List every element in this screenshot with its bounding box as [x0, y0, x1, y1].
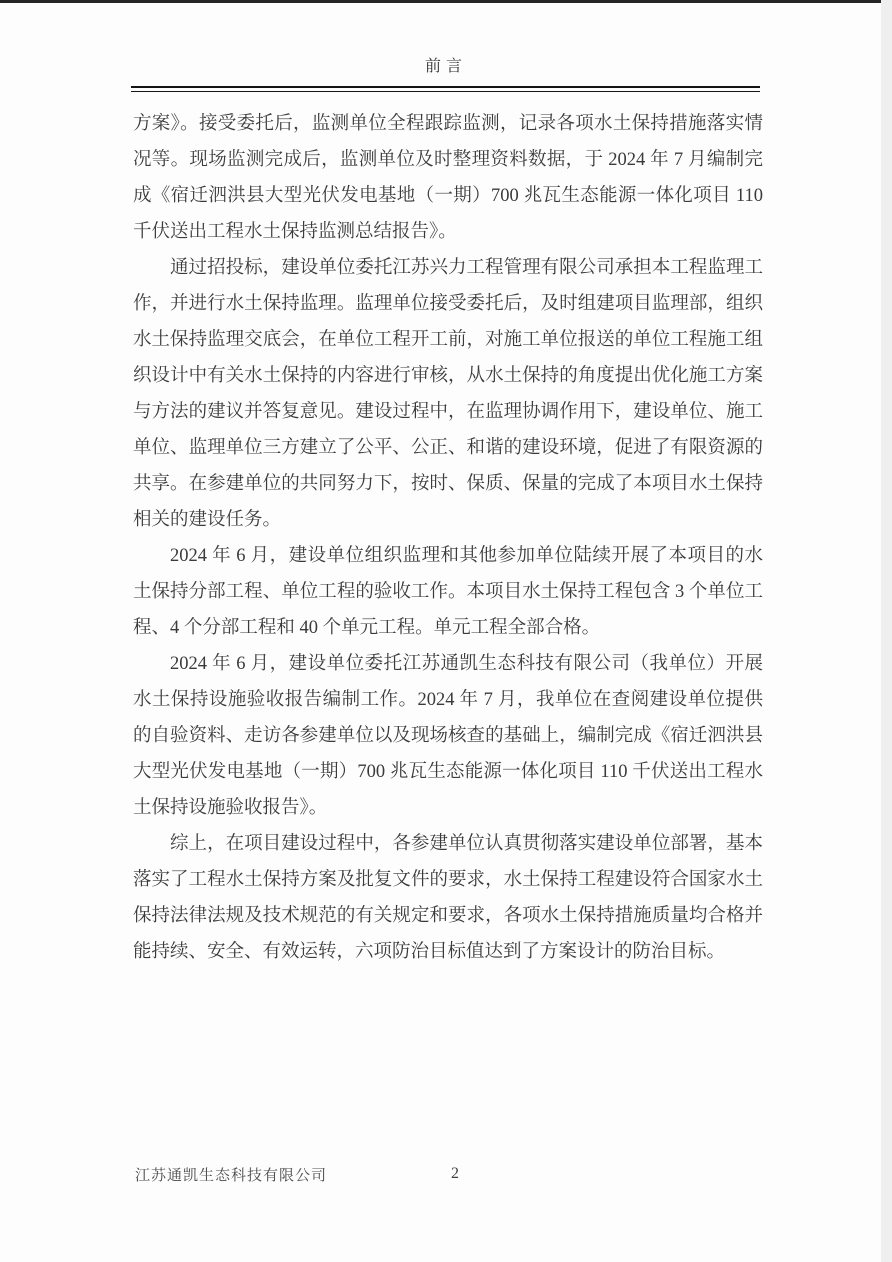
- body-paragraph: 方案》。接受委托后，监测单位全程跟踪监测，记录各项水土保持措施落实情况等。现场监…: [133, 106, 763, 250]
- body-paragraph: 2024 年 6 月，建设单位委托江苏通凯生态科技有限公司（我单位）开展水土保持…: [133, 646, 763, 826]
- body-text: 方案》。接受委托后，监测单位全程跟踪监测，记录各项水土保持措施落实情况等。现场监…: [133, 106, 763, 970]
- page-header-title: 前言: [0, 56, 892, 78]
- footer-company-name: 江苏通凯生态科技有限公司: [135, 1166, 327, 1186]
- body-paragraph: 通过招投标，建设单位委托江苏兴力工程管理有限公司承担本工程监理工作，并进行水土保…: [133, 250, 763, 538]
- header-double-rule: [131, 86, 760, 92]
- body-paragraph: 综上，在项目建设过程中，各参建单位认真贯彻落实建设单位部署，基本落实了工程水土保…: [133, 826, 763, 970]
- footer-page-number: 2: [430, 1163, 480, 1185]
- document-page: 前言 方案》。接受委托后，监测单位全程跟踪监测，记录各项水土保持措施落实情况等。…: [0, 0, 892, 1262]
- body-paragraph: 2024 年 6 月，建设单位组织监理和其他参加单位陆续开展了本项目的水土保持分…: [133, 538, 763, 646]
- scan-right-edge-artifact: [881, 0, 892, 1262]
- scan-top-edge-artifact: [0, 0, 892, 3]
